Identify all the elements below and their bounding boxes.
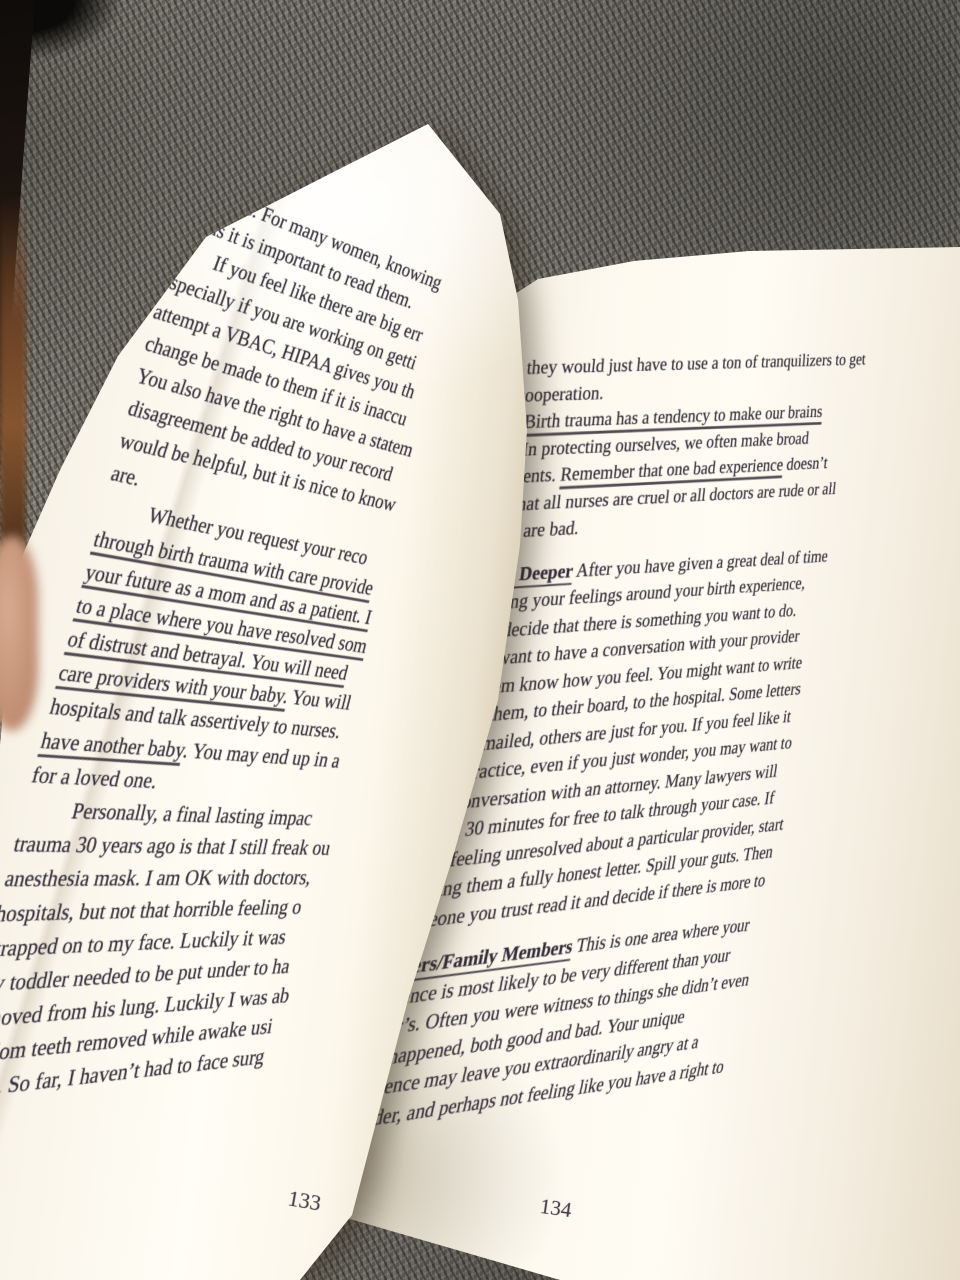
text-segment: trauma 30 years ago is that I still frea… — [11, 831, 333, 860]
page-133-text: questions. For many women, knowingmeans … — [0, 168, 560, 1109]
thumb — [0, 536, 38, 731]
text-segment: Personally, a final lasting impac — [70, 798, 315, 830]
text-segment: You will — [285, 685, 354, 715]
photo-open-book: did. they would just have to use a ton o… — [0, 0, 960, 1280]
text-segment: anesthesia mask. I am OK with doctors, — [2, 865, 313, 891]
page-number-left: 133 — [286, 1185, 323, 1216]
text-segment: are. — [108, 460, 144, 490]
text-line: trauma 30 years ago is that I still frea… — [10, 827, 551, 865]
book-page-left: questions. For many women, knowingmeans … — [0, 0, 960, 1280]
text-segment: for a loved one. — [29, 762, 160, 793]
book-page-left-wrap: questions. For many women, knowingmeans … — [0, 0, 960, 1280]
